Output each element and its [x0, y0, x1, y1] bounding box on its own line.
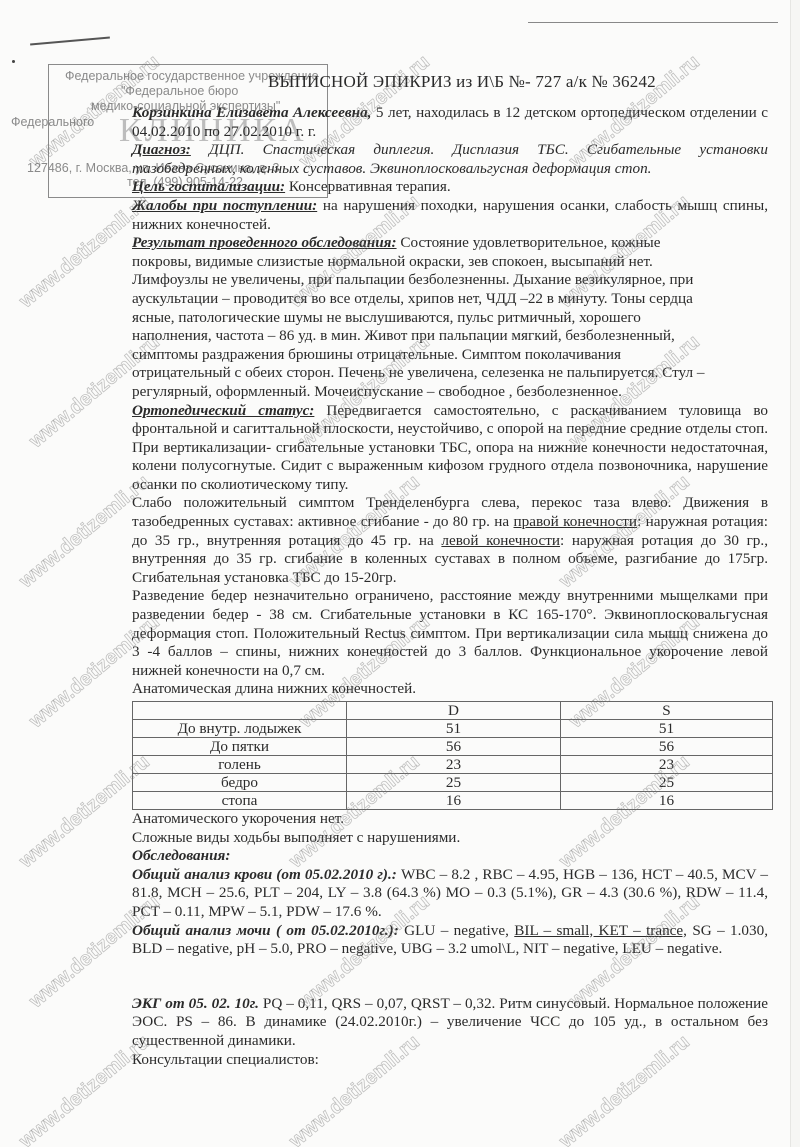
exam-line: симптомы раздражения брюшины отрицательн…: [132, 346, 768, 365]
table-cell: До внутр. лодыжек: [133, 720, 347, 738]
exam-line: ясные, патологические шумы не выслушиваю…: [132, 309, 768, 328]
scan-line: [528, 22, 778, 23]
complaints-label: Жалобы при поступлении:: [132, 197, 317, 214]
abduction-paragraph: Разведение бедер незначительно ограничен…: [132, 587, 768, 680]
walking-note: Сложные виды ходьбы выполняет с нарушени…: [132, 829, 768, 848]
scan-dot: [12, 60, 15, 63]
ortho-paragraph: Ортопедический статус: Передвигается сам…: [132, 402, 768, 495]
patient-paragraph: Корзинкина Елизавета Алексеевна, 5 лет, …: [132, 104, 768, 141]
urine-abnormal-values: BIL – small, KET – trance,: [514, 922, 687, 939]
table-cell: 16: [561, 792, 773, 810]
diagnosis-paragraph: Диагноз: ДЦП. Спастическая диплегия. Дис…: [132, 141, 768, 178]
table-cell: 23: [561, 756, 773, 774]
ortho-label: Ортопедический статус:: [132, 402, 314, 419]
table-caption: Анатомическая длина нижних конечностей.: [132, 680, 768, 699]
diagnosis-text: ДЦП. Спастическая диплегия. Дисплазия ТБ…: [132, 141, 768, 177]
urine-test-label: Общий анализ мочи ( от 05.02.2010г.):: [132, 922, 399, 939]
goal-paragraph: Цель госпитализации: Консервативная тера…: [132, 178, 768, 197]
exam-label: Результат проведенного обследования:: [132, 234, 397, 251]
exam-block: Результат проведенного обследования: Сос…: [132, 234, 768, 401]
blood-test-label: Общий анализ крови (от 05.02.2010 г).:: [132, 866, 397, 883]
table-cell: 16: [347, 792, 561, 810]
exam-line: наполнения, частота – 86 уд. в мин. Живо…: [132, 327, 768, 346]
table-cell: 51: [347, 720, 561, 738]
table-cell: стопа: [133, 792, 347, 810]
exam-line: покровы, видимые слизистые нормальной ок…: [132, 253, 768, 272]
table-row: До внутр. лодыжек 51 51: [133, 720, 773, 738]
table-row: стопа 16 16: [133, 792, 773, 810]
table-header: [133, 702, 347, 720]
spacer: [132, 959, 768, 995]
leg-length-table: D S До внутр. лодыжек 51 51 До пятки 56 …: [132, 701, 773, 810]
document-body: Корзинкина Елизавета Алексеевна, 5 лет, …: [132, 104, 768, 1069]
urine-test-paragraph: Общий анализ мочи ( от 05.02.2010г.): GL…: [132, 922, 768, 959]
left-limb-label: левой конечности: [441, 532, 560, 549]
patient-name: Корзинкина Елизавета Алексеевна,: [132, 104, 371, 121]
page-title: ВЫПИСНОЙ ЭПИКРИЗ из И\Б №- 727 а/к № 362…: [268, 72, 656, 92]
document-page: Федеральное государственное учреждение "…: [0, 0, 791, 1147]
table-header: D: [347, 702, 561, 720]
table-header-row: D S: [133, 702, 773, 720]
goal-text: Консервативная терапия.: [285, 178, 451, 195]
table-cell: бедро: [133, 774, 347, 792]
urine-values: GLU – negative,: [399, 922, 514, 939]
table-row: бедро 25 25: [133, 774, 773, 792]
exam-line: Лимфоузлы не увеличены, при пальпации бе…: [132, 271, 768, 290]
table-cell: 51: [561, 720, 773, 738]
complaints-paragraph: Жалобы при поступлении: на нарушения пох…: [132, 197, 768, 234]
ecg-paragraph: ЭКГ от 05. 02. 10г. PQ – 0,11, QRS – 0,0…: [132, 995, 768, 1051]
consultations-label: Консультации специалистов:: [132, 1051, 768, 1070]
table-cell: 25: [347, 774, 561, 792]
table-row: голень 23 23: [133, 756, 773, 774]
table-row: До пятки 56 56: [133, 738, 773, 756]
blood-test-paragraph: Общий анализ крови (от 05.02.2010 г).: W…: [132, 866, 768, 922]
shortening-note: Анатомического укорочения нет.: [132, 810, 768, 829]
exam-line: Состояние удовлетворительное, кожные: [397, 234, 661, 251]
ecg-label: ЭКГ от 05. 02. 10г.: [132, 995, 259, 1012]
studies-label: Обследования:: [132, 847, 768, 866]
diagnosis-label: Диагноз:: [132, 141, 191, 158]
table-cell: 56: [561, 738, 773, 756]
exam-line: отрицательный с обеих сторон. Печень не …: [132, 364, 768, 383]
table-cell: 56: [347, 738, 561, 756]
table-cell: До пятки: [133, 738, 347, 756]
table-cell: 25: [561, 774, 773, 792]
table-cell: голень: [133, 756, 347, 774]
exam-line: аускультации – проводится во все отделы,…: [132, 290, 768, 309]
exam-line: регулярный, оформленный. Мочеиспускание …: [132, 383, 768, 402]
goal-label: Цель госпитализации:: [132, 178, 285, 195]
table-header: S: [561, 702, 773, 720]
stamp-line: Федерального: [11, 115, 94, 130]
right-limb-label: правой конечности: [514, 513, 638, 530]
stamp-line: "Федеральное бюро: [121, 84, 238, 99]
hip-movement-paragraph: Слабо положительный симптом Тренделенбур…: [132, 494, 768, 587]
table-cell: 23: [347, 756, 561, 774]
pen-mark: [30, 37, 110, 46]
